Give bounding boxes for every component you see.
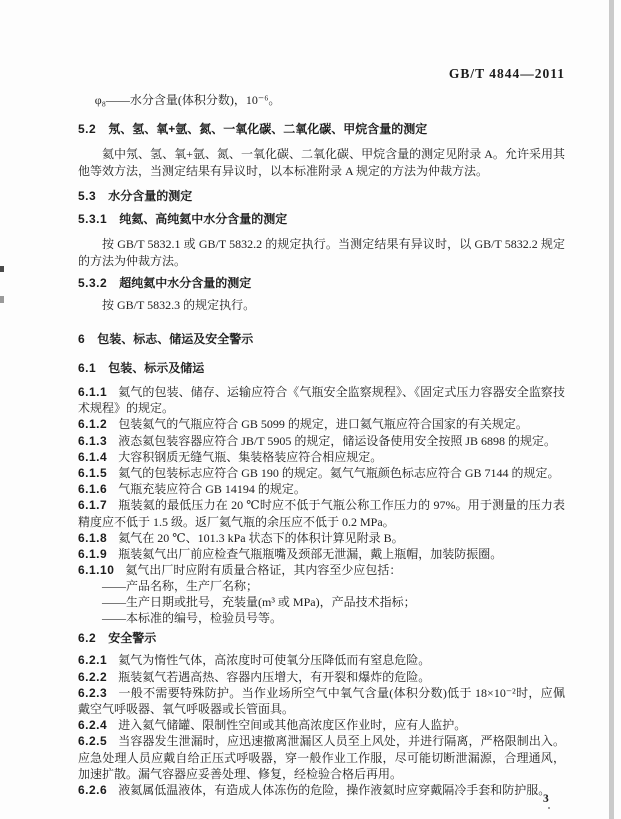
heading-6: 6包装、标志、储运及安全警示 [78, 331, 565, 348]
clause-number: 6.1.2 [78, 417, 107, 431]
heading-number: 6.2 [78, 631, 96, 645]
clause-text: 氦气出厂时应附有质量合格证，其内容至少应包括： [125, 563, 401, 577]
standard-code-header: GB/T 4844—2011 [449, 66, 565, 82]
document-page: GB/T 4844—2011 φ₈——水分含量(体积分数)，10⁻⁶。 5.2氖… [0, 0, 621, 819]
heading-title: 超纯氦中水分含量的测定 [119, 276, 251, 290]
certificate-item-3: ——本标准的编号，检验员号等。 [78, 610, 565, 626]
clause-number: 6.1.8 [78, 531, 107, 545]
heading-title: 氖、氢、氧+氩、氮、一氧化碳、二氧化碳、甲烷含量的测定 [108, 122, 427, 136]
heading-5-2: 5.2氖、氢、氧+氩、氮、一氧化碳、二氧化碳、甲烷含量的测定 [78, 121, 565, 138]
heading-5-3-1: 5.3.1纯氦、高纯氦中水分含量的测定 [78, 211, 565, 228]
paragraph-5-2: 氦中氖、氢、氧+氩、氮、一氧化碳、二氧化碳、甲烷含量的测定见附录 A。允许采用其… [78, 146, 565, 180]
clause-number: 6.1.3 [78, 434, 107, 448]
clause-text: 氦气在 20 ℃、101.3 kPa 状态下的体积计算见附录 B。 [118, 531, 403, 545]
clause-6-2-1: 6.2.1氦气为惰性气体，高浓度时可使氧分压降低而有窒息危险。 [78, 652, 565, 668]
clause-6-2-6: 6.2.6液氦属低温液体，有造成人体冻伤的危险，操作液氦时应穿戴隔冷手套和防护服… [78, 782, 565, 798]
clause-text: 氦气的包装、储存、运输应符合《气瓶安全监察规程》、《固定式压力容器安全监察技术规… [78, 385, 565, 415]
heading-number: 5.3.2 [78, 276, 107, 290]
heading-title: 安全警示 [108, 631, 156, 645]
clause-number: 6.1.5 [78, 466, 107, 480]
scan-dot-artifact [548, 807, 550, 809]
clause-text: 瓶装氦的最低压力在 20 ℃时应不低于气瓶公称工作压力的 97%。用于测量的压力… [78, 498, 565, 528]
clause-text: 氦气为惰性气体，高浓度时可使氧分压降低而有窒息危险。 [118, 653, 430, 667]
heading-number: 5.2 [78, 122, 96, 136]
scan-binding-mark [0, 266, 4, 272]
clause-number: 6.2.1 [78, 653, 107, 667]
heading-title: 包装、标示及储运 [108, 361, 204, 375]
heading-6-1: 6.1包装、标示及储运 [78, 360, 565, 377]
clause-6-2-2: 6.2.2瓶装氦气若遇高热、容器内压增大，有开裂和爆炸的危险。 [78, 669, 565, 685]
clause-text: 大容积钢质无缝气瓶、集装格装应符合相应规定。 [118, 450, 382, 464]
scan-binding-mark [0, 296, 4, 303]
clause-6-1-3: 6.1.3液态氦包装容器应符合 JB/T 5905 的规定，储运设备使用安全按照… [78, 433, 565, 449]
clause-number: 6.2.3 [78, 686, 107, 700]
clause-6-1-1: 6.1.1氦气的包装、储存、运输应符合《气瓶安全监察规程》、《固定式压力容器安全… [78, 384, 565, 416]
heading-5-3: 5.3水分含量的测定 [78, 188, 565, 205]
clause-6-1-5: 6.1.5氦气的包装标志应符合 GB 190 的规定。氦气气瓶颜色标志应符合 G… [78, 465, 565, 481]
clause-text: 液态氦包装容器应符合 JB/T 5905 的规定，储运设备使用安全按照 JB 6… [118, 434, 556, 448]
clause-6-2-4: 6.2.4进入氦气储罐、限制性空间或其他高浓度区作业时，应有人监护。 [78, 717, 565, 733]
clause-text: 当容器发生泄漏时，应迅速撤离泄漏区人员至上风处，并进行隔离，严格限制出入。应急处… [78, 734, 565, 780]
clause-6-1-6: 6.1.6气瓶充装应符合 GB 14194 的规定。 [78, 481, 565, 497]
clause-number: 6.1.7 [78, 498, 107, 512]
clause-number: 6.1.10 [78, 563, 114, 577]
clause-number: 6.1.9 [78, 547, 107, 561]
heading-number: 6.1 [78, 361, 96, 375]
clause-text: 瓶装氦气若遇高热、容器内压增大，有开裂和爆炸的危险。 [118, 670, 430, 684]
heading-5-3-2: 5.3.2超纯氦中水分含量的测定 [78, 275, 565, 292]
clause-number: 6.1.6 [78, 482, 107, 496]
clause-number: 6.2.5 [78, 734, 107, 748]
heading-6-2: 6.2安全警示 [78, 630, 565, 647]
clause-6-1-9: 6.1.9瓶装氦气出厂前应检查气瓶瓶嘴及颈部无泄漏，戴上瓶帽，加装防振圈。 [78, 546, 565, 562]
clause-text: 包装氦气的气瓶应符合 GB 5099 的规定，进口氦气瓶应符合国家的有关规定。 [118, 417, 528, 431]
clause-number: 6.1.4 [78, 450, 107, 464]
phi-symbol-definition: φ₈——水分含量(体积分数)，10⁻⁶。 [78, 92, 565, 109]
heading-number: 5.3 [78, 189, 96, 203]
clause-6-2-3: 6.2.3一般不需要特殊防护。当作业场所空气中氧气含量(体积分数)低于 18×1… [78, 685, 565, 717]
heading-title: 水分含量的测定 [108, 189, 192, 203]
clause-text: 一般不需要特殊防护。当作业场所空气中氧气含量(体积分数)低于 18×10⁻²时，… [78, 686, 565, 716]
heading-number: 6 [78, 332, 85, 346]
clause-6-1-10: 6.1.10氦气出厂时应附有质量合格证，其内容至少应包括： [78, 562, 565, 578]
clause-6-1-7: 6.1.7瓶装氦的最低压力在 20 ℃时应不低于气瓶公称工作压力的 97%。用于… [78, 497, 565, 529]
clause-text: 进入氦气储罐、限制性空间或其他高浓度区作业时，应有人监护。 [118, 718, 466, 732]
clause-number: 6.2.2 [78, 670, 107, 684]
clause-6-2-5: 6.2.5当容器发生泄漏时，应迅速撤离泄漏区人员至上风处，并进行隔离，严格限制出… [78, 733, 565, 782]
paragraph-5-3-2: 按 GB/T 5832.3 的规定执行。 [78, 297, 565, 314]
clause-text: 氦气的包装标志应符合 GB 190 的规定。氦气气瓶颜色标志应符合 GB 714… [118, 466, 559, 480]
document-content: φ₈——水分含量(体积分数)，10⁻⁶。 5.2氖、氢、氧+氩、氮、一氧化碳、二… [78, 92, 565, 798]
clause-6-1-8: 6.1.8氦气在 20 ℃、101.3 kPa 状态下的体积计算见附录 B。 [78, 530, 565, 546]
heading-title: 包装、标志、储运及安全警示 [97, 332, 253, 346]
page-number: 3 [543, 793, 549, 805]
clause-6-1-2: 6.1.2包装氦气的气瓶应符合 GB 5099 的规定，进口氦气瓶应符合国家的有… [78, 416, 565, 432]
clause-number: 6.2.4 [78, 718, 107, 732]
paragraph-5-3-1: 按 GB/T 5832.1 或 GB/T 5832.2 的规定执行。当测定结果有… [78, 236, 565, 270]
certificate-item-1: ——产品名称，生产厂名称； [78, 578, 565, 594]
heading-number: 5.3.1 [78, 212, 107, 226]
certificate-item-2: ——生产日期或批号，充装量(m³ 或 MPa)，产品技术指标； [78, 594, 565, 610]
clause-text: 液氦属低温液体，有造成人体冻伤的危险，操作液氦时应穿戴隔冷手套和防护服。 [118, 783, 550, 797]
scan-edge-strip [609, 0, 614, 819]
clause-number: 6.2.6 [78, 783, 107, 797]
heading-title: 纯氦、高纯氦中水分含量的测定 [119, 212, 287, 226]
clause-6-1-4: 6.1.4大容积钢质无缝气瓶、集装格装应符合相应规定。 [78, 449, 565, 465]
clause-text: 气瓶充装应符合 GB 14194 的规定。 [118, 482, 306, 496]
clause-text: 瓶装氦气出厂前应检查气瓶瓶嘴及颈部无泄漏，戴上瓶帽，加装防振圈。 [118, 547, 502, 561]
clause-number: 6.1.1 [78, 385, 107, 399]
